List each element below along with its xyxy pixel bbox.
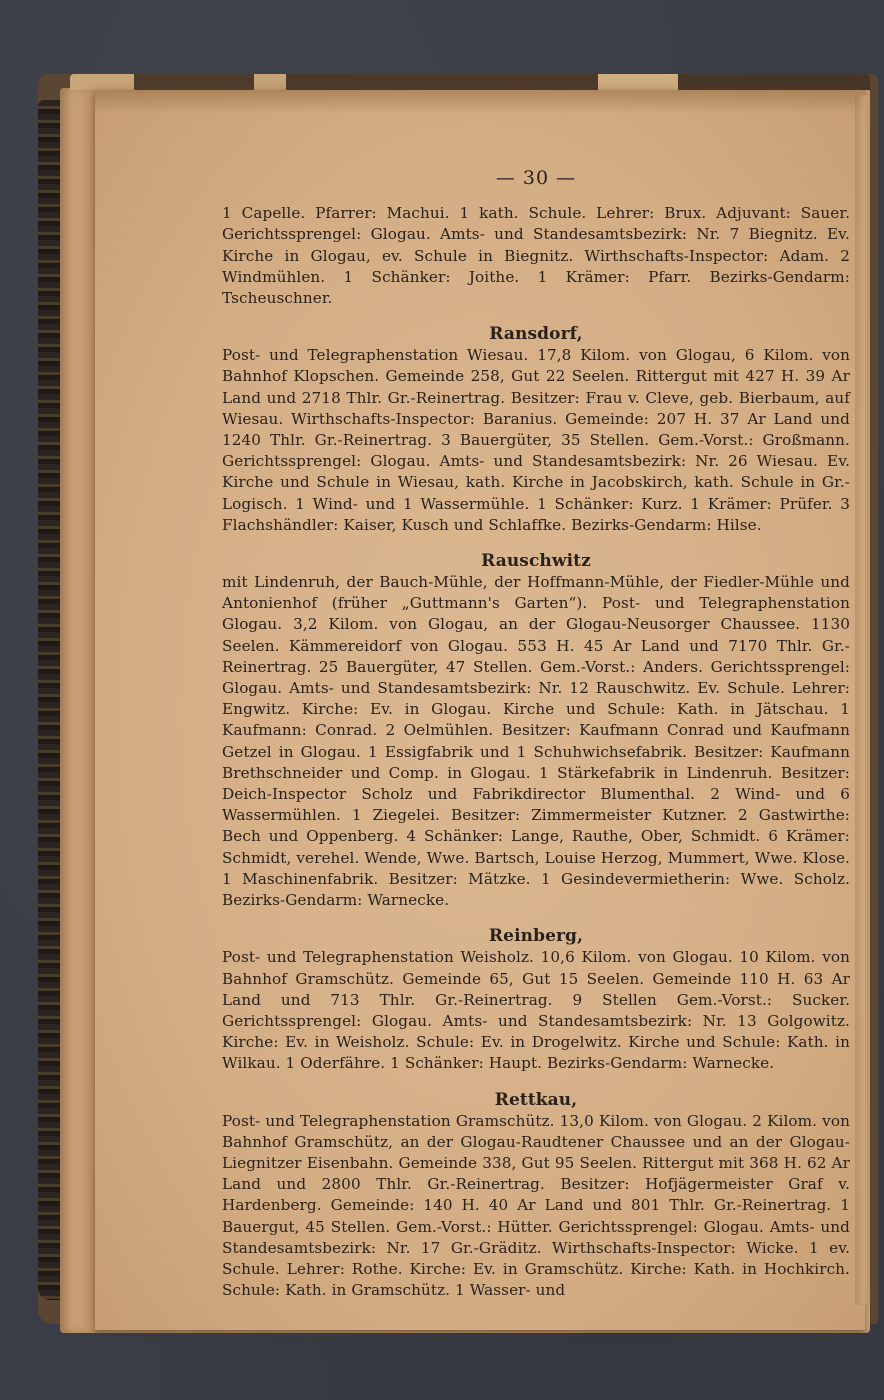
continuation-paragraph: 1 Capelle. Pfarrer: Machui. 1 kath. Schu… [222, 203, 850, 309]
entry-body: Post- und Telegraphenstation Wiesau. 17,… [222, 345, 850, 536]
entry-ransdorf: Ransdorf, Post- und Telegraphenstation W… [222, 323, 850, 536]
entry-body: Post- und Telegraphenstation Weisholz. 1… [222, 947, 850, 1074]
entry-reinberg: Reinberg, Post- und Telegraphenstation W… [222, 925, 850, 1074]
page-shadow [95, 90, 865, 114]
page-number: — 30 — [222, 168, 850, 189]
entry-title: Rauschwitz [222, 550, 850, 572]
worn-top-edge [70, 74, 870, 90]
entry-rettkau: Rettkau, Post- und Telegraphenstation Gr… [222, 1089, 850, 1302]
entry-body: mit Lindenruh, der Bauch-Mühle, der Hoff… [222, 572, 850, 911]
entry-title: Reinberg, [222, 925, 850, 947]
entry-rauschwitz: Rauschwitz mit Lindenruh, der Bauch-Mühl… [222, 550, 850, 911]
page-fold [855, 95, 867, 1305]
entry-title: Rettkau, [222, 1089, 850, 1111]
entry-body: Post- und Telegraphenstation Gramschütz.… [222, 1111, 850, 1302]
page-text-block: — 30 — 1 Capelle. Pfarrer: Machui. 1 kat… [222, 168, 850, 1301]
entry-title: Ransdorf, [222, 323, 850, 345]
